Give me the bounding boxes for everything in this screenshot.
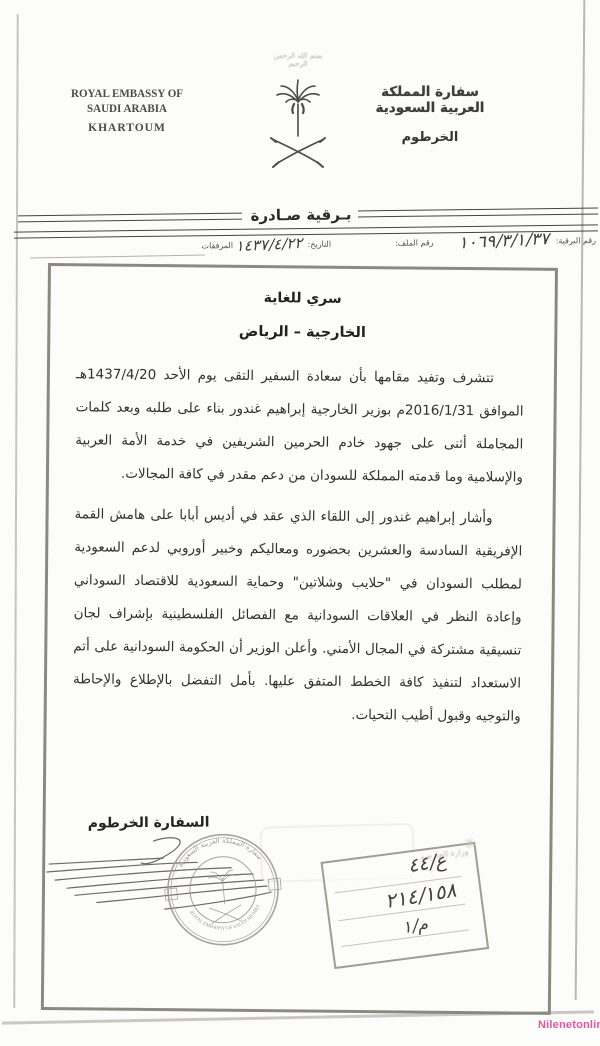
letter-body-box: سري للغاية الخارجية – الرياض تتشرف وتفيد…: [41, 263, 558, 1015]
embassy-city-arabic: الخرطوم: [360, 130, 500, 145]
date-value: ١٤٣٧/٤/٢٢: [235, 234, 306, 255]
seal-arc-bottom-text: ROYAL EMBASSY OF SAUDI ARABIA: [188, 903, 264, 935]
svg-text:سفارة المملكة العربية السعودية: سفارة المملكة العربية السعودية: [174, 833, 265, 870]
telegram-bar-left-rule: [18, 213, 242, 223]
site-watermark: Nilenetonline: [538, 1019, 600, 1031]
scan-right-edge: [575, 0, 586, 1000]
telegram-bar-right-rule: [358, 208, 598, 218]
ministry-receipt-stamp: ✳ وزارة الخارجية ع/٤٤ ٢١٤/١٥٨ م/١: [321, 842, 490, 969]
palm-and-swords-icon: [267, 78, 329, 174]
embassy-name-english: ROYAL EMBASSY OF SAUDI ARABIA KHARTOUM: [52, 86, 202, 134]
signature-title: السفارة الخرطوم: [84, 814, 214, 831]
stamp-handwritten-line2: ٢١٤/١٥٨: [386, 877, 459, 913]
bismillah-calligraphy: بسم الله الرحمن الرحيم: [266, 52, 330, 68]
telegram-number-value: ١٠٦٩/٣/١/٣٧: [457, 229, 552, 253]
scan-left-edge: [13, 14, 18, 1008]
scanned-telegram-page: ROYAL EMBASSY OF SAUDI ARABIA KHARTOUM ب…: [0, 0, 600, 1046]
saudi-emblem-icon: [267, 78, 329, 174]
telegram-bar-title: بـرقية صـادرة: [243, 205, 359, 224]
file-number-label: رقم الملف:: [395, 238, 434, 248]
seal-arc-top-text: سفارة المملكة العربية السعودية: [174, 833, 265, 870]
telegram-number-label: رقم البرقية:: [556, 235, 596, 245]
letter-paragraph-1: تتشرف وتفيد مقامها بأن سعادة السفير التق…: [75, 358, 524, 494]
svg-text:ROYAL EMBASSY OF SAUDI ARABIA: ROYAL EMBASSY OF SAUDI ARABIA: [188, 903, 264, 935]
stamp-handwritten-line1: ع/٤٤: [409, 849, 449, 878]
addressee-heading: الخارجية – الرياض: [50, 322, 554, 343]
attachments-label: المرفقات: [201, 241, 233, 250]
round-seal-svg: سفارة المملكة العربية السعودية ROYAL EMB…: [158, 824, 289, 955]
embassy-name-arabic-block: سفارة المملكة العربية السعودية الخرطوم: [360, 84, 500, 145]
letter-paragraph-2: وأشار إبراهيم غندور إلى اللقاء الذي عقد …: [73, 498, 523, 733]
embassy-name-arabic: سفارة المملكة العربية السعودية: [360, 84, 500, 116]
date-label: التاريخ:: [307, 239, 331, 248]
embassy-name-line1: ROYAL EMBASSY OF SAUDI ARABIA: [58, 86, 196, 116]
embassy-name-line2: KHARTOUM: [52, 122, 202, 134]
classification-heading: سري للغاية: [51, 288, 555, 309]
embassy-round-seal-icon: سفارة المملكة العربية السعودية ROYAL EMB…: [158, 824, 289, 955]
